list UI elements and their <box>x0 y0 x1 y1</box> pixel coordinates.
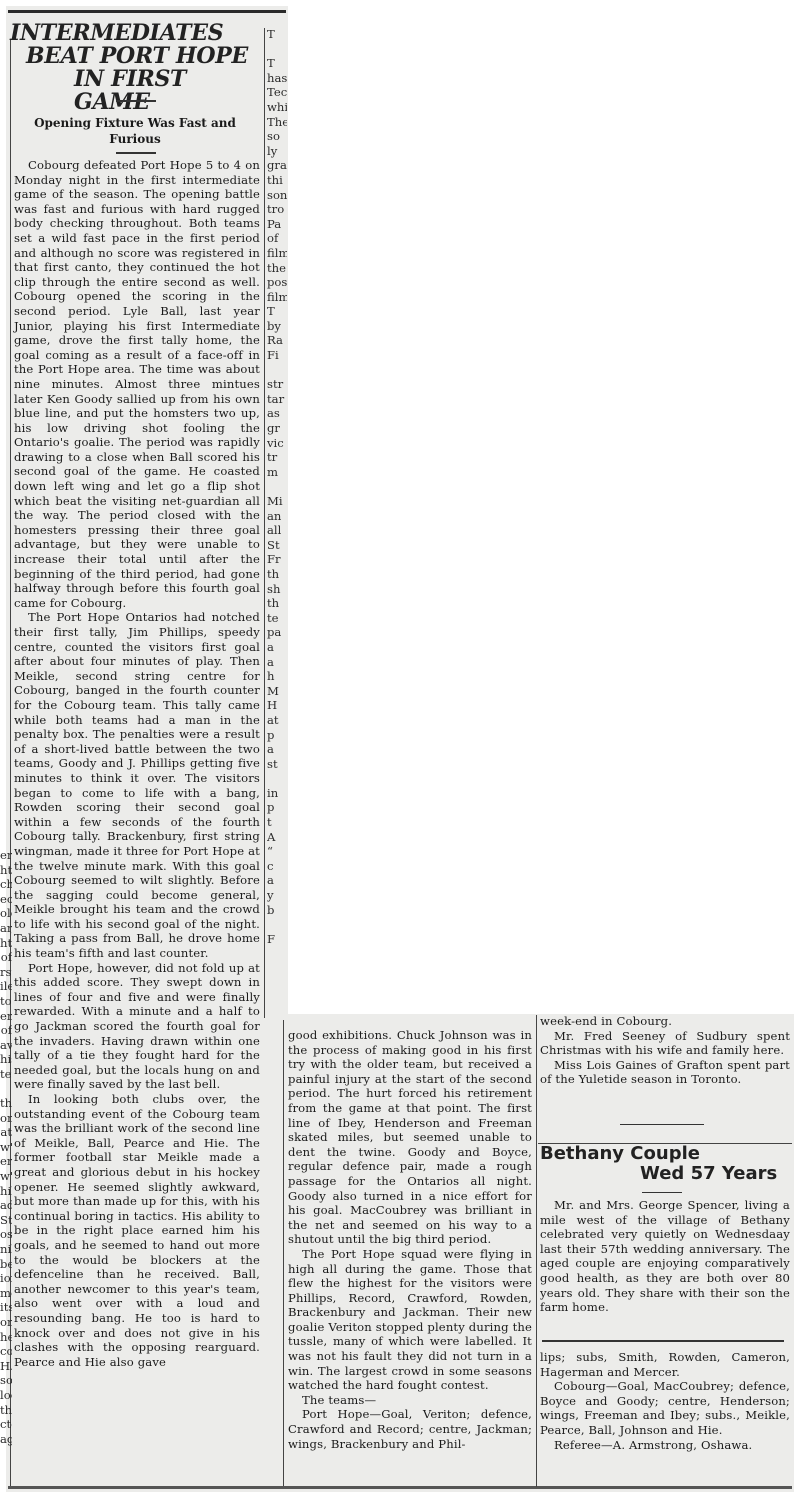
fragment-text: film <box>267 246 287 261</box>
fragment-text: con- <box>0 1344 12 1359</box>
fragment-text: Fi <box>267 348 287 363</box>
article-column-main: Cobourg defeated Port Hope 5 to 4 on Mon… <box>14 158 260 1369</box>
fragment-text: c <box>267 859 287 874</box>
fragment-text: St <box>267 538 287 553</box>
adjacent-column-fragment: TThasTecwhiThesolygrathisontroPaoffilmth… <box>267 27 287 1017</box>
separator-dash <box>620 1124 704 1125</box>
fragment-text: of <box>0 950 12 965</box>
top-rule <box>8 10 286 13</box>
fragment-text: in <box>267 786 287 801</box>
fragment-text: ht <box>0 936 12 951</box>
fragment-text: pos <box>267 275 287 290</box>
separator-dash <box>116 152 156 154</box>
article-paragraph: Mr. and Mrs. George Spencer, living a mi… <box>540 1198 790 1315</box>
fragment-text: at <box>267 713 287 728</box>
article-paragraph: good exhibitions. Chuck Johnson was in t… <box>288 1028 532 1247</box>
fragment-text: tr <box>267 450 287 465</box>
fragment-text: ion. <box>0 1271 12 1286</box>
fragment-text: cted <box>0 1417 12 1432</box>
fragment-text: tro <box>267 202 287 217</box>
fragment-text: vic <box>267 436 287 451</box>
fragment-text: th <box>267 596 287 611</box>
fragment-text: his <box>0 1052 12 1067</box>
fragment-text: its <box>0 1300 12 1315</box>
headline-line: IN FIRST GAME <box>10 68 260 114</box>
fragment-text <box>0 1082 12 1097</box>
fragment-text: on, <box>0 1111 12 1126</box>
fragment-text: t <box>267 815 287 830</box>
fragment-text: gr <box>267 421 287 436</box>
fragment-text: film <box>267 290 287 305</box>
fragment-text: son <box>267 188 287 203</box>
fragment-text: M <box>267 684 287 699</box>
fragment-text <box>267 771 287 786</box>
article-paragraph: The teams— <box>288 1393 532 1408</box>
fragment-text: of <box>267 231 287 246</box>
fragment-text: all <box>267 523 287 538</box>
article-paragraph: In looking both clubs over, the outstand… <box>14 1092 260 1369</box>
fragment-text: er <box>0 848 12 863</box>
fragment-text: F <box>267 932 287 947</box>
fragment-text <box>267 479 287 494</box>
fragment-text: ar, <box>0 921 12 936</box>
fragment-text: p <box>267 728 287 743</box>
fragment-text: a <box>267 640 287 655</box>
fragment-text: ave <box>0 1038 12 1053</box>
fragment-text: str <box>267 377 287 392</box>
fragment-text: y <box>267 888 287 903</box>
fragment-text: this <box>0 1403 12 1418</box>
bethany-headline-line2: Wed 57 Years <box>640 1162 777 1186</box>
lineup-paragraph: lips; subs, Smith, Rowden, Cameron, Hage… <box>540 1350 790 1379</box>
fragment-text: heir <box>0 1330 12 1345</box>
article-column-continued: good exhibitions. Chuck Johnson was in t… <box>288 1028 532 1451</box>
fragment-text: A <box>267 830 287 845</box>
fragment-text: a <box>267 873 287 888</box>
fragment-text: en- <box>0 1009 12 1024</box>
fragment-text <box>267 917 287 932</box>
fragment-text: w's <box>0 1169 12 1184</box>
fragment-text: T <box>267 304 287 319</box>
fragment-text: ter <box>0 1067 12 1082</box>
article-deck: Opening Fixture Was Fast and Furious <box>20 115 250 147</box>
fragment-text: at <box>0 1125 12 1140</box>
fragment-text: ad- <box>0 1198 12 1213</box>
fragment-text: mes <box>0 1286 12 1301</box>
fragment-text: ec. <box>0 892 12 907</box>
fragment-text: rst <box>0 965 12 980</box>
social-notes: week-end in Cobourg. Mr. Fred Seeney of … <box>540 1014 790 1087</box>
fragment-text: pa <box>267 625 287 640</box>
article-paragraph: The Port Hope Ontarios had notched their… <box>14 610 260 960</box>
social-note: Mr. Fred Seeney of Sudbury spent Christm… <box>540 1029 790 1058</box>
fragment-text: has <box>267 71 287 86</box>
fragment-text: er's <box>0 1154 12 1169</box>
section-rule <box>542 1340 784 1342</box>
fragment-text: the <box>0 1096 12 1111</box>
fragment-text: so <box>267 129 287 144</box>
fragment-text: H <box>267 698 287 713</box>
fragment-text: H.A. <box>0 1359 12 1374</box>
article-paragraph: Cobourg defeated Port Hope 5 to 4 on Mon… <box>14 158 260 610</box>
fragment-text: gra <box>267 158 287 173</box>
fragment-text <box>267 42 287 57</box>
fragment-text: Fr <box>267 552 287 567</box>
fragment-text: son. <box>0 1373 12 1388</box>
column-rule <box>283 1020 284 1486</box>
fragment-text: nile <box>0 1242 12 1257</box>
fragment-text: “ <box>267 844 287 859</box>
bethany-article-body: Mr. and Mrs. George Spencer, living a mi… <box>540 1198 790 1315</box>
fragment-text: Mi <box>267 494 287 509</box>
lineup-paragraph: Referee—A. Armstrong, Oshawa. <box>540 1438 790 1453</box>
fragment-text: w's <box>0 1140 12 1155</box>
separator-dash <box>642 1192 682 1193</box>
fragment-text: p <box>267 800 287 815</box>
social-note: Miss Lois Gaines of Grafton spent part o… <box>540 1058 790 1087</box>
fragment-text: te <box>267 611 287 626</box>
fragment-text: ose <box>0 1227 12 1242</box>
column-rule <box>264 28 265 1018</box>
fragment-text: Ra <box>267 333 287 348</box>
fragment-text: whi <box>267 100 287 115</box>
social-note: week-end in Cobourg. <box>540 1014 790 1029</box>
fragment-text: T <box>267 56 287 71</box>
fragment-text: The <box>267 115 287 130</box>
fragment-text: m <box>267 465 287 480</box>
fragment-text: loop <box>0 1388 12 1403</box>
fragment-text: st <box>267 757 287 772</box>
fragment-text: of <box>0 1023 12 1038</box>
fragment-text: a <box>267 742 287 757</box>
adjacent-column-fragment: erhtchec.oldar,htofrstile,to-en-ofavehis… <box>0 848 12 1488</box>
article-paragraph: Port Hope—Goal, Veriton; defence, Crawfo… <box>288 1407 532 1451</box>
headline-line: INTERMEDIATES <box>10 22 260 45</box>
article-paragraph: The Port Hope squad were flying in high … <box>288 1247 532 1393</box>
fragment-text: ly <box>267 144 287 159</box>
fragment-text: Pa <box>267 217 287 232</box>
headline-line: BEAT PORT HOPE <box>10 45 260 68</box>
fragment-text: be <box>0 1257 12 1272</box>
bottom-rule <box>8 1486 792 1489</box>
fragment-text: a <box>267 655 287 670</box>
fragment-text: T <box>267 27 287 42</box>
fragment-text: sh <box>267 582 287 597</box>
fragment-text: by <box>267 319 287 334</box>
fragment-text: th <box>267 567 287 582</box>
fragment-text: the <box>267 261 287 276</box>
fragment-text: b <box>267 903 287 918</box>
fragment-text: thi <box>267 173 287 188</box>
fragment-text: Tec <box>267 85 287 100</box>
column-rule <box>536 1015 537 1487</box>
fragment-text: h <box>267 669 287 684</box>
fragment-text: as <box>267 406 287 421</box>
separator-dash <box>116 100 156 102</box>
fragment-text: ch <box>0 877 12 892</box>
fragment-text: tar <box>267 392 287 407</box>
fragment-text: St. <box>0 1213 12 1228</box>
lineup-paragraph: Cobourg—Goal, MacCoubrey; defence, Boyce… <box>540 1379 790 1437</box>
fragment-text: ong <box>0 1315 12 1330</box>
fragment-text: ht <box>0 863 12 878</box>
fragment-text: an <box>267 509 287 524</box>
fragment-text <box>267 363 287 378</box>
article-paragraph: Port Hope, however, did not fold up at t… <box>14 961 260 1092</box>
team-lineups: lips; subs, Smith, Rowden, Cameron, Hage… <box>540 1350 790 1452</box>
fragment-text: hile <box>0 1184 12 1199</box>
fragment-text: to- <box>0 994 12 1009</box>
fragment-text: ague <box>0 1432 12 1447</box>
fragment-text: old <box>0 906 12 921</box>
fragment-text: ile, <box>0 979 12 994</box>
